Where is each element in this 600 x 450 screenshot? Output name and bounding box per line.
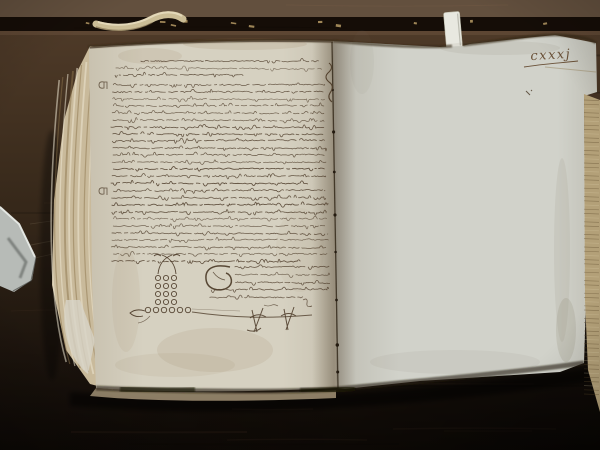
photo-vignette <box>0 0 600 450</box>
manuscript-photo-canvas: cxxxj <box>0 0 600 450</box>
manuscript-photo: cxxxj <box>0 0 600 450</box>
